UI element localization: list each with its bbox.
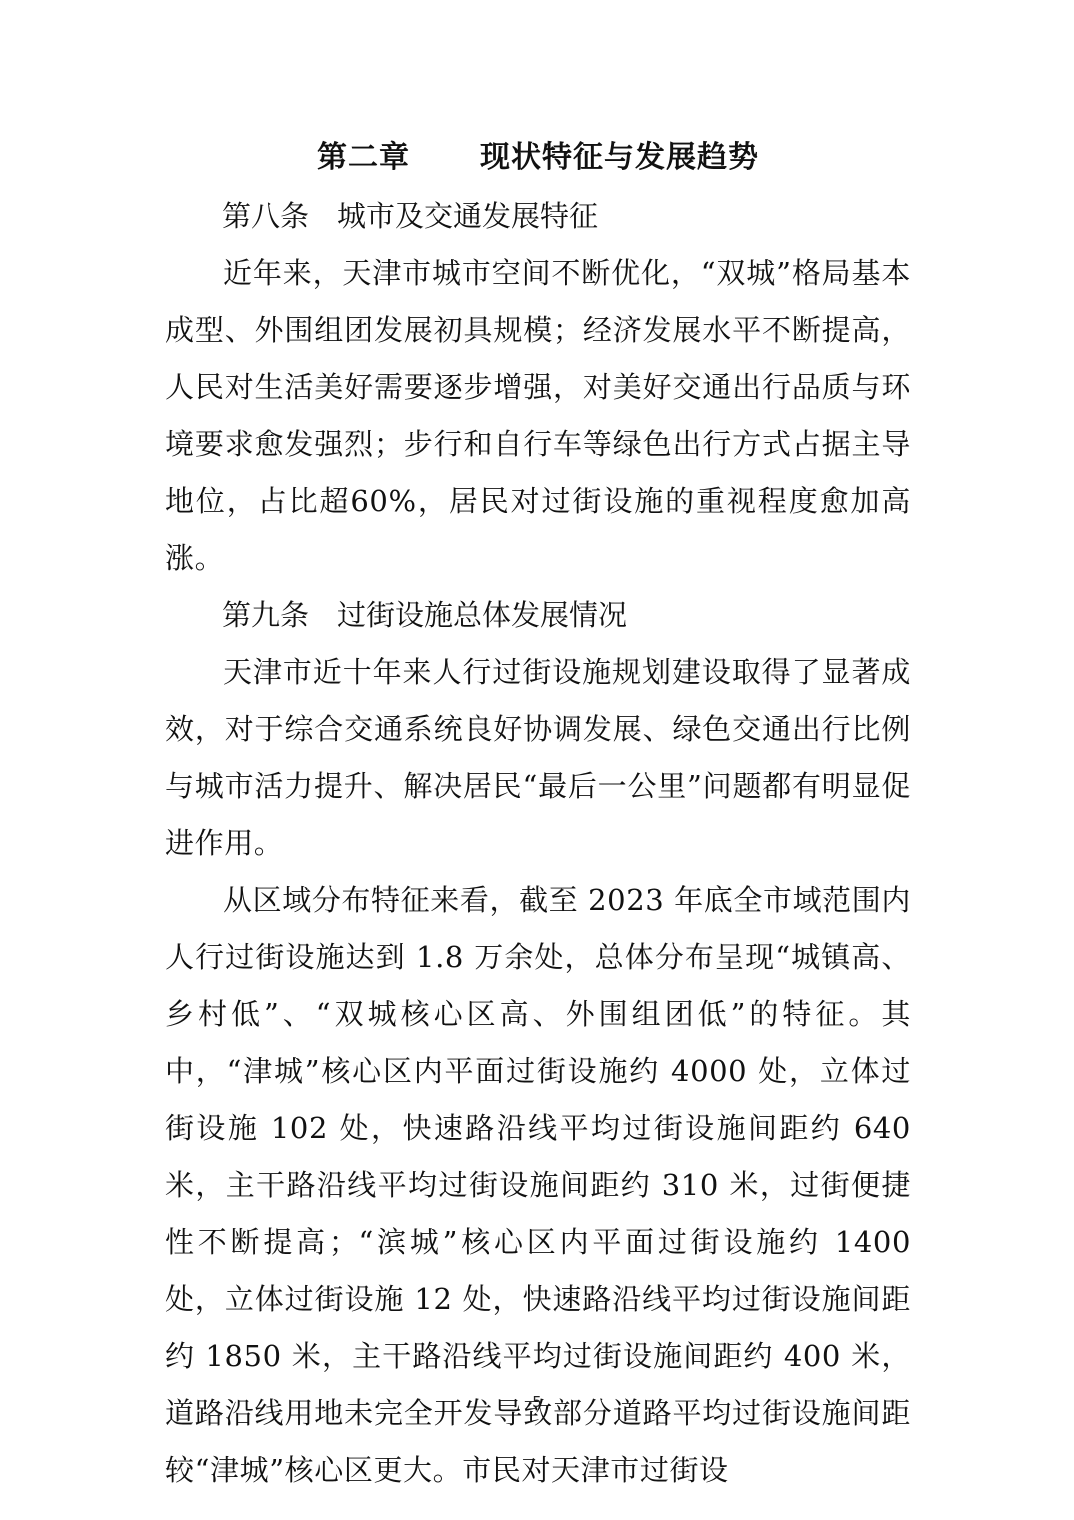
chapter-title: 第二章现状特征与发展趋势 xyxy=(165,128,911,188)
article-heading-8: 第八条城市及交通发展特征 xyxy=(165,188,911,245)
paragraph: 近年来，天津市城市空间不断优化，“双城”格局基本成型、外围组团发展初具规模；经济… xyxy=(165,245,911,587)
article-heading-9: 第九条过街设施总体发展情况 xyxy=(165,587,911,644)
article-number: 第八条 xyxy=(222,199,309,233)
page-number: 5 xyxy=(0,1393,1074,1411)
paragraph: 天津市近十年来人行过街设施规划建设取得了显著成效，对于综合交通系统良好协调发展、… xyxy=(165,644,911,872)
chapter-number: 第二章 xyxy=(317,140,410,175)
article-title: 过街设施总体发展情况 xyxy=(337,598,627,632)
chapter-name: 现状特征与发展趋势 xyxy=(480,140,759,175)
article-title: 城市及交通发展特征 xyxy=(337,199,598,233)
article-number: 第九条 xyxy=(222,598,309,632)
document-page: 第二章现状特征与发展趋势 第八条城市及交通发展特征 近年来，天津市城市空间不断优… xyxy=(165,128,911,1499)
